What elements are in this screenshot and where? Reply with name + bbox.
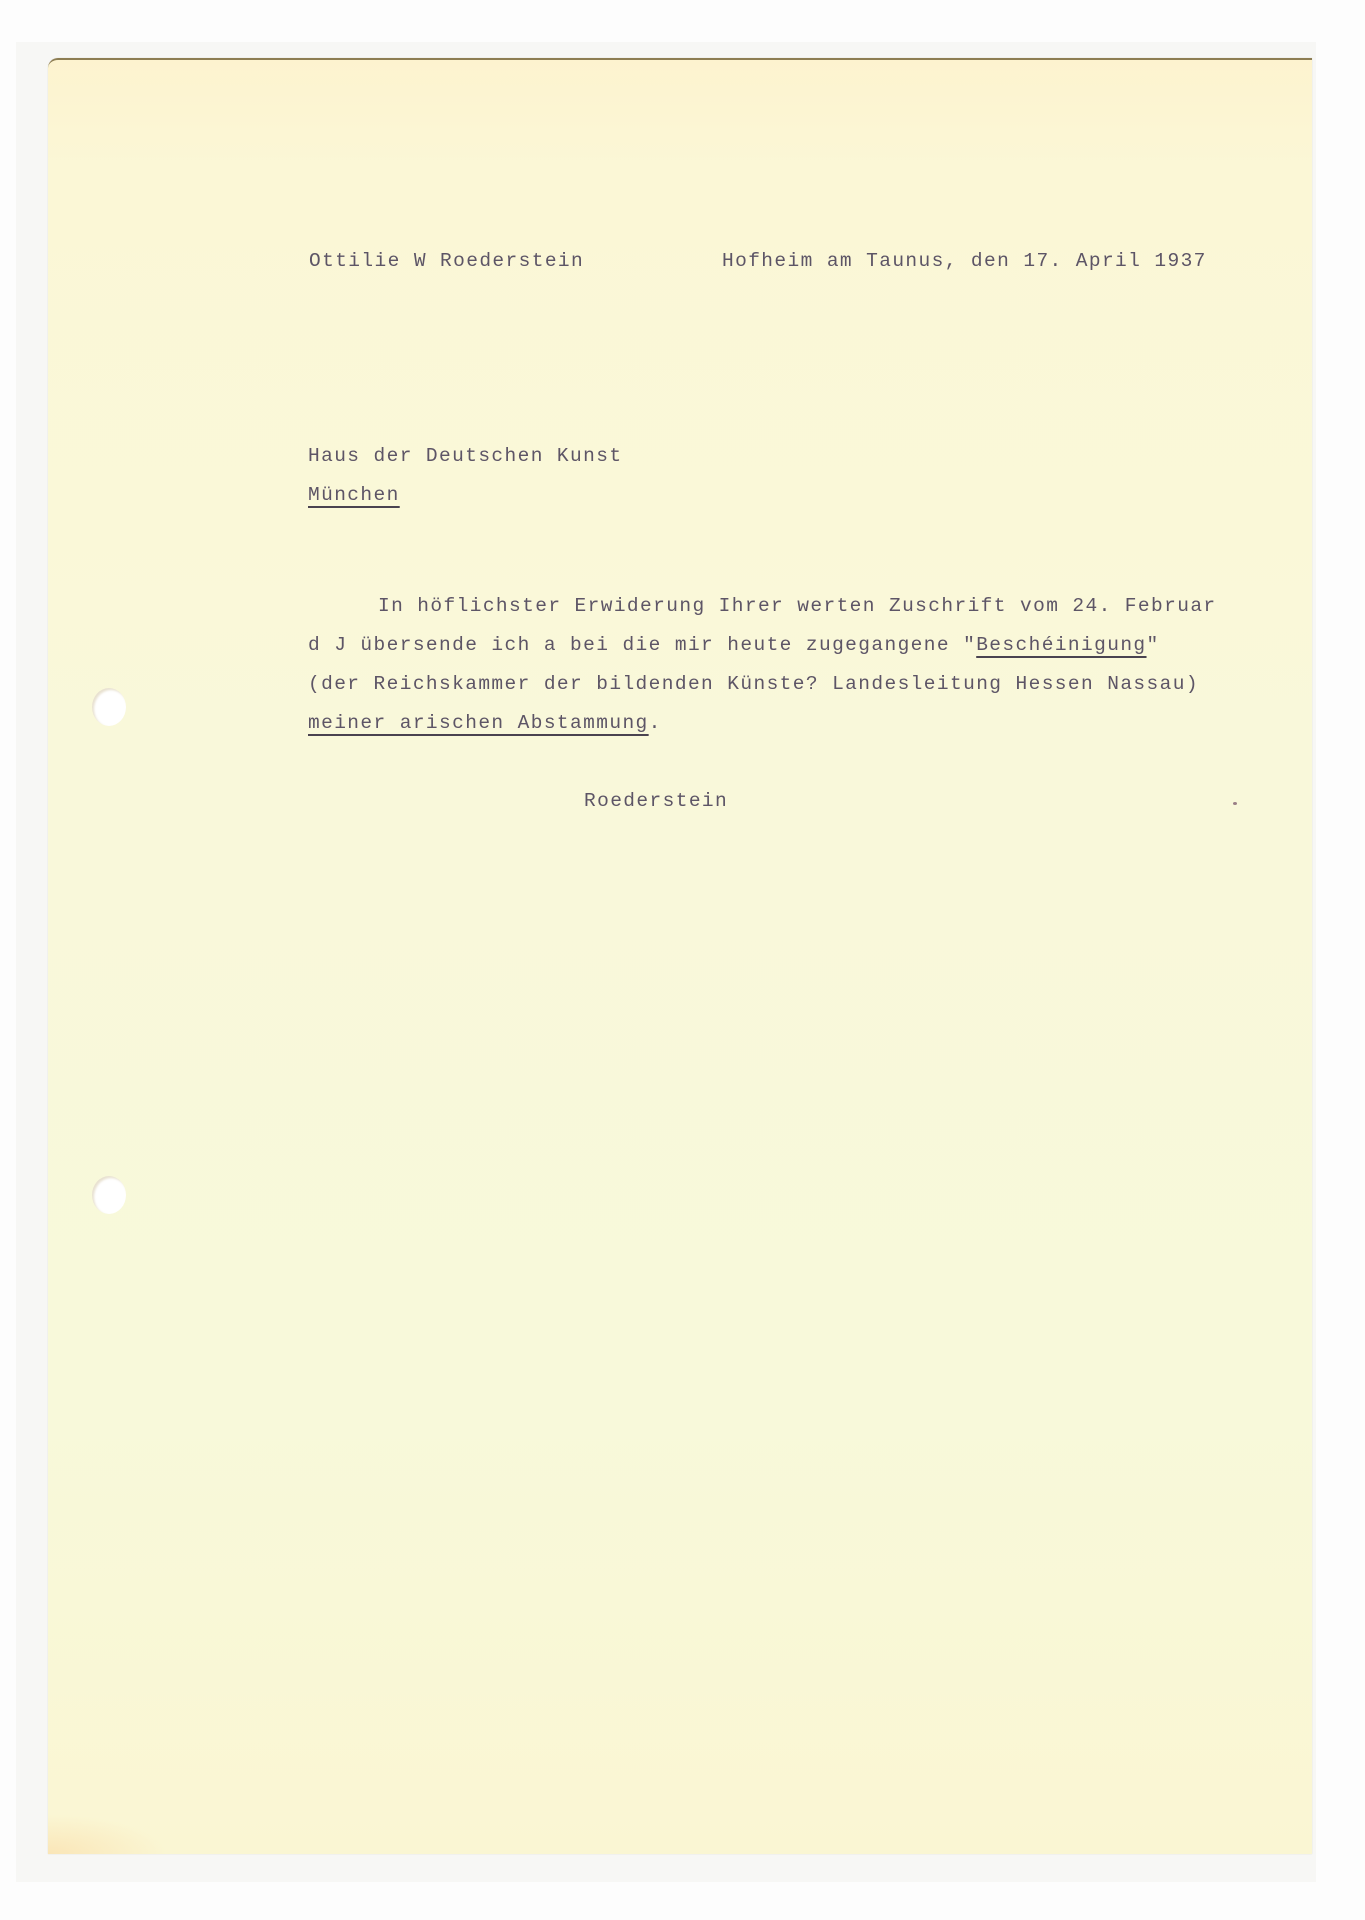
letter-page: Ottilie W Roederstein Hofheim am Taunus,… (48, 58, 1312, 1854)
recipient-city: München (308, 486, 400, 506)
letter-header: Ottilie W Roederstein Hofheim am Taunus,… (309, 252, 361, 330)
letter-body: In höflichster Erwiderung Ihrer werten Z… (308, 597, 360, 714)
body-line-2-text: d J übersende ich a bei die mir heute zu… (308, 634, 976, 656)
place-and-date: Hofheim am Taunus, den 17. April 1937 (722, 252, 1207, 272)
closing-quote: " (1147, 634, 1160, 656)
final-period: . (649, 712, 662, 734)
sender-name: Ottilie W Roederstein (309, 252, 584, 272)
recipient-institution: Haus der Deutschen Kunst (308, 447, 622, 467)
recipient-address: Haus der Deutschen Kunst München (308, 447, 360, 525)
certificate-term: Beschéinigung (976, 634, 1146, 656)
ancestry-phrase: meiner arischen Abstammung (308, 712, 649, 734)
body-line-2: d J übersende ich a bei die mir heute zu… (308, 636, 1160, 656)
body-line-1: In höflichster Erwiderung Ihrer werten Z… (378, 597, 1217, 617)
punch-hole-upper (92, 688, 126, 726)
body-line-3: (der Reichskammer der bildenden Künste? … (308, 675, 1199, 695)
body-line-4: meiner arischen Abstammung. (308, 714, 662, 734)
punch-hole-lower (92, 1176, 126, 1214)
typed-signature: Roederstein (584, 792, 728, 812)
ink-speck (1233, 802, 1237, 805)
